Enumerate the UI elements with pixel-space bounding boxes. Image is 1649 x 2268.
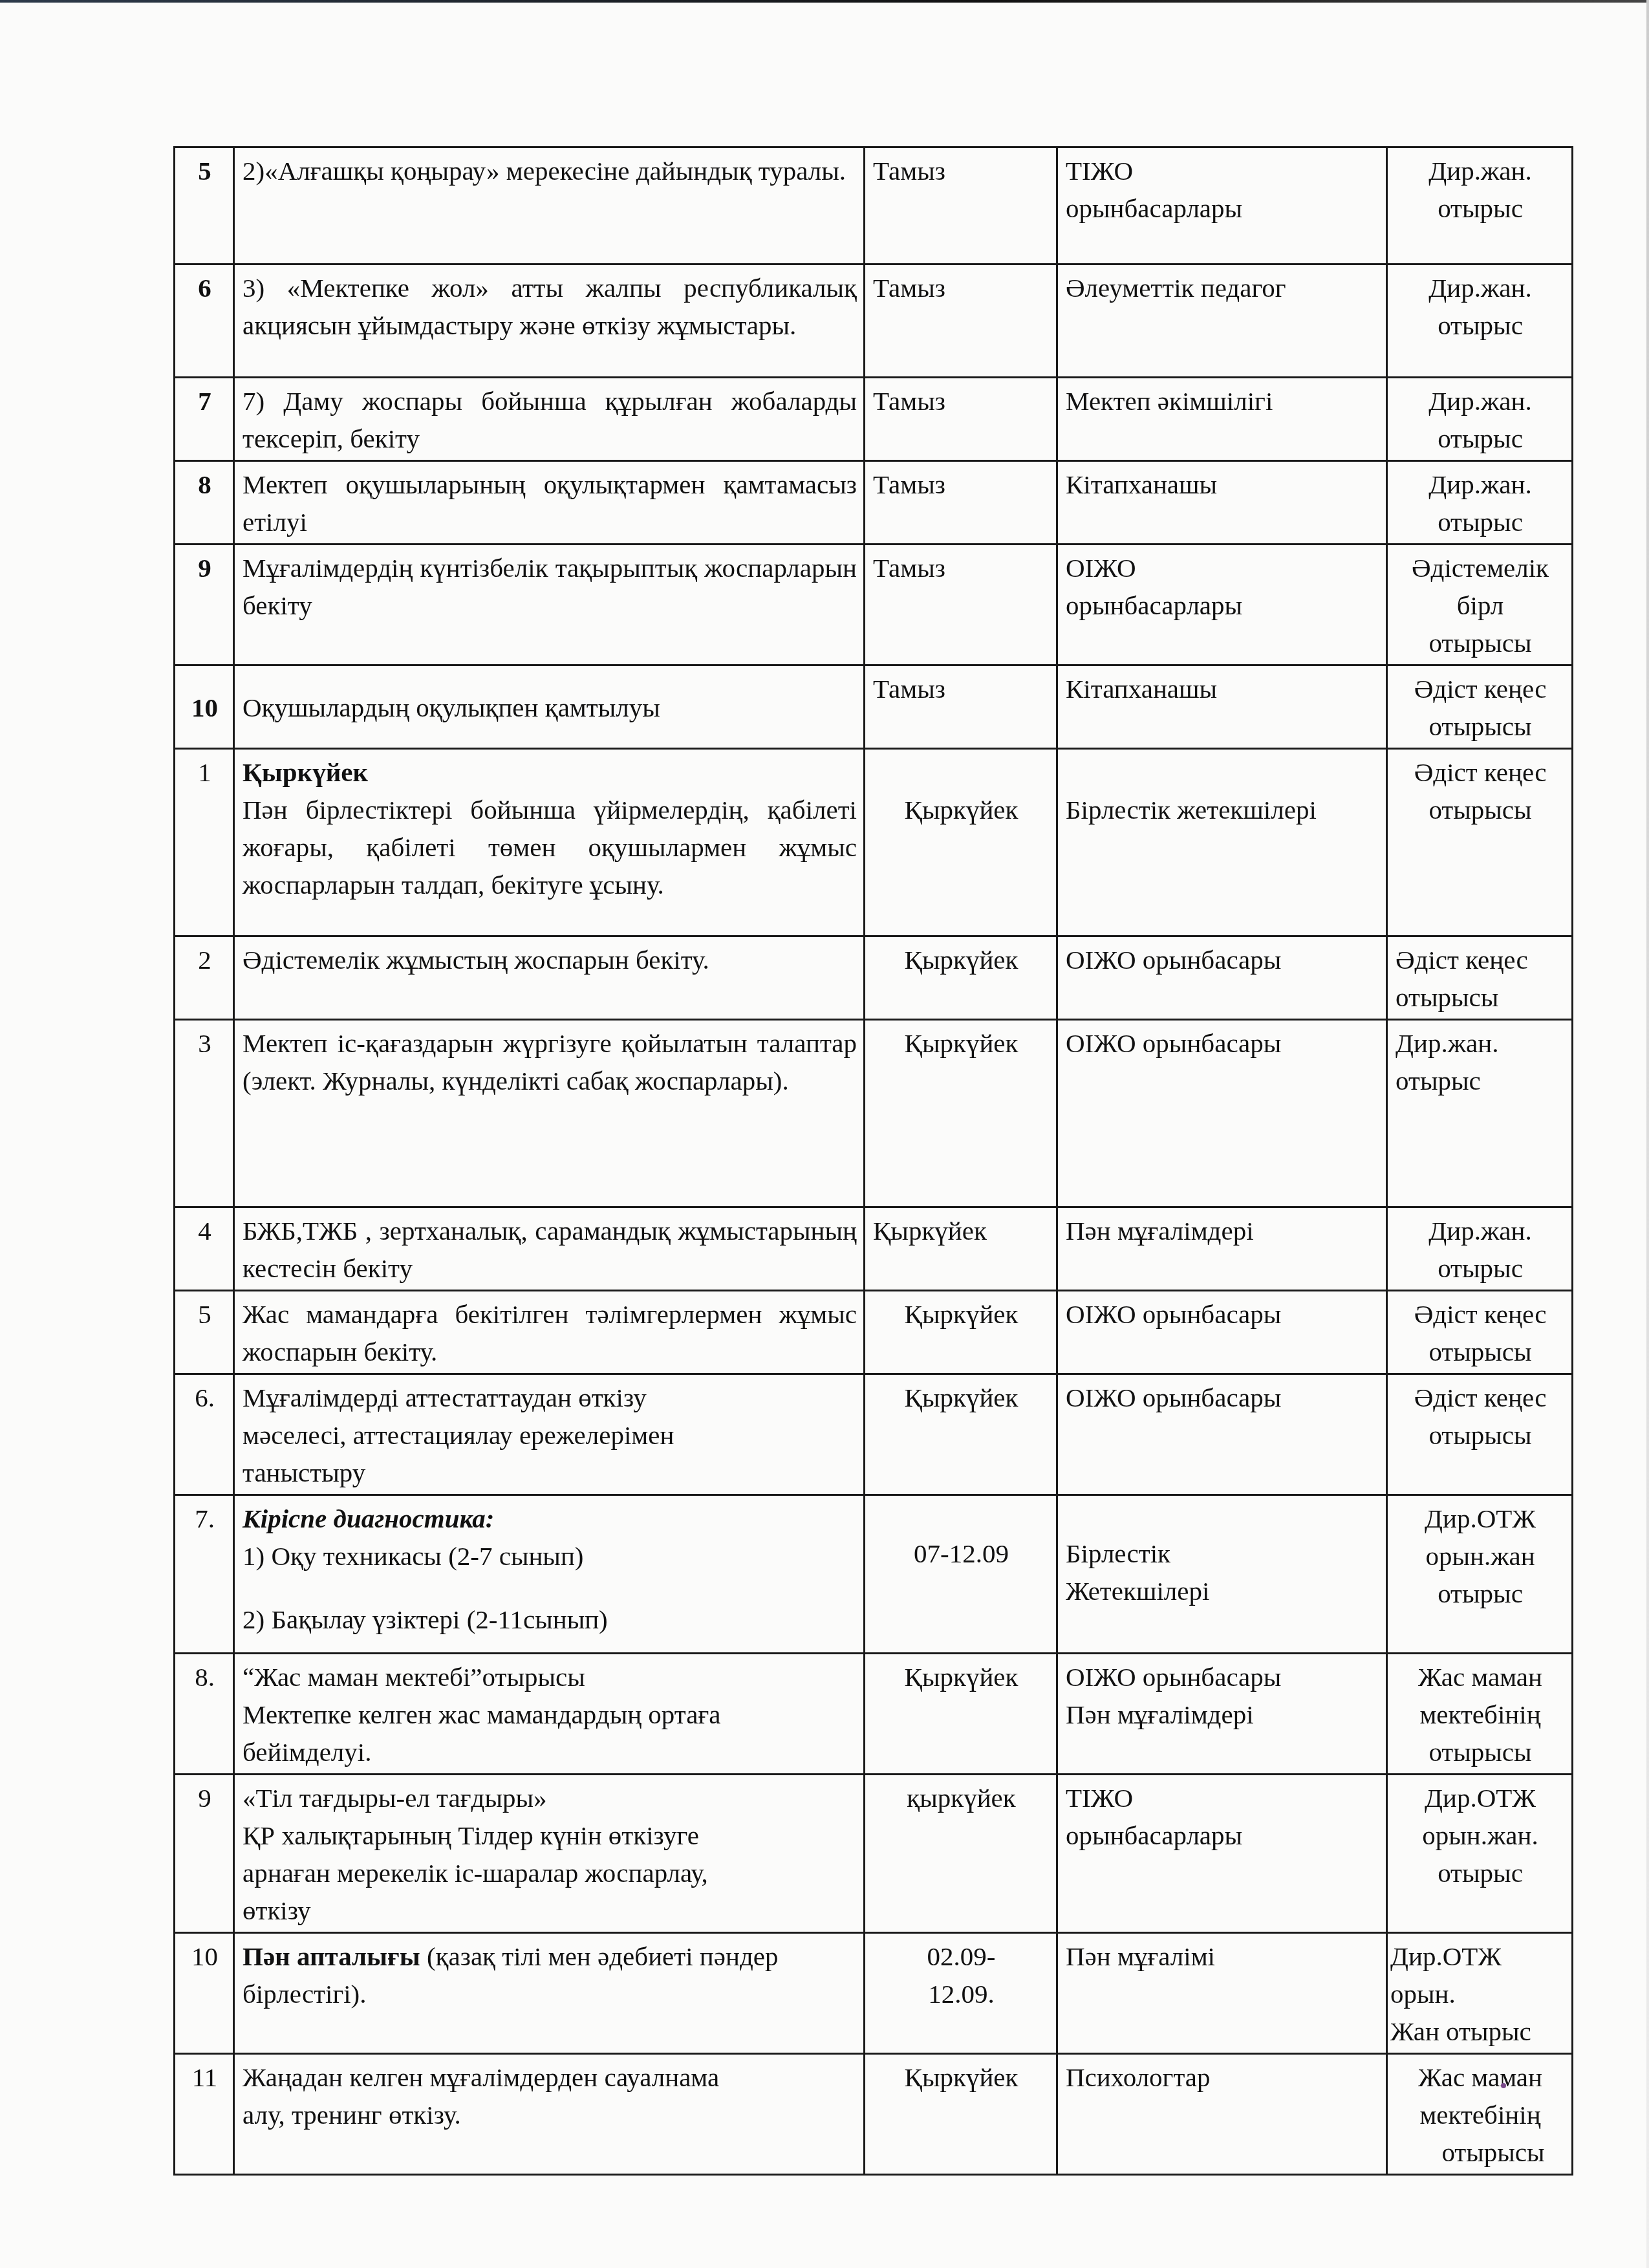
- event-cell: Кіріспе диагностика:1) Оқу техникасы (2-…: [234, 1495, 865, 1654]
- responsible-cell: БірлестікЖетекшілері: [1057, 1495, 1387, 1654]
- responsible-cell: Мектеп әкімшілігі: [1057, 378, 1387, 461]
- event-cell: ҚыркүйекПән бірлестіктері бойынша үйірме…: [234, 749, 865, 936]
- responsible-cell: Әлеуметтік педагог: [1057, 265, 1387, 378]
- form-cell: Жас маманмектебініңотырысы: [1387, 1654, 1573, 1775]
- form-cell: Дир.ОТЖорын.жанотырыс: [1387, 1495, 1573, 1654]
- term-cell: Қыркүйек: [865, 1020, 1057, 1207]
- responsible-cell: ОІЖО орынбасары: [1057, 936, 1387, 1020]
- term-cell: Қыркүйек: [865, 1291, 1057, 1374]
- form-cell: Дир.жан.отырыс: [1387, 147, 1573, 265]
- row-number: 7: [175, 378, 234, 461]
- event-cell: Жаңадан келген мұғалімдерден сауалнамаал…: [234, 2054, 865, 2175]
- table-row: 6. Мұғалімдерді аттестаттаудан өткізумәс…: [175, 1374, 1573, 1495]
- row-number: 8.: [175, 1654, 234, 1775]
- section-heading: Қыркүйек: [242, 753, 857, 791]
- table-row: 6 3) «Мектепке жол» атты жалпы республик…: [175, 265, 1573, 378]
- event-cell: БЖБ,ТЖБ , зертханалық, сарамандық жұмыст…: [234, 1207, 865, 1291]
- event-cell: 3) «Мектепке жол» атты жалпы республикал…: [234, 265, 865, 378]
- table-row: 7. Кіріспе диагностика:1) Оқу техникасы …: [175, 1495, 1573, 1654]
- term-cell: 07-12.09: [865, 1495, 1057, 1654]
- event-cell: Пән апталығы (қазақ тілі мен әдебиеті пә…: [234, 1933, 865, 2054]
- form-cell: Әдіст кеңесотырысы: [1387, 665, 1573, 749]
- table-row: 3 Мектеп іс-қағаздарын жүргізуге қойылат…: [175, 1020, 1573, 1207]
- row-number: 6.: [175, 1374, 234, 1495]
- term-cell: Қыркүйек: [865, 2054, 1057, 2175]
- table-row: 11 Жаңадан келген мұғалімдерден сауалнам…: [175, 2054, 1573, 2175]
- form-cell: Әдістемелікбірлотырысы: [1387, 545, 1573, 665]
- event-cell: «Тіл тағдыры-ел тағдыры»ҚР халықтарының …: [234, 1775, 865, 1933]
- section-heading: Кіріспе диагностика:: [242, 1500, 857, 1537]
- responsible-cell: ОІЖО орынбасары: [1057, 1020, 1387, 1207]
- table-row: 1 ҚыркүйекПән бірлестіктері бойынша үйір…: [175, 749, 1573, 936]
- row-number: 9: [175, 1775, 234, 1933]
- table-row: 8. “Жас маман мектебі”отырысыМектепке ке…: [175, 1654, 1573, 1775]
- row-number: 5: [175, 1291, 234, 1374]
- row-number: 9: [175, 545, 234, 665]
- term-cell: Тамыз: [865, 378, 1057, 461]
- ink-speck: [1501, 2083, 1506, 2088]
- responsible-cell: ТІЖОорынбасарлары: [1057, 1775, 1387, 1933]
- form-cell: Дир.жан.отырыс: [1387, 1207, 1573, 1291]
- responsible-cell: ОІЖО орынбасарыПән мұғалімдері: [1057, 1654, 1387, 1775]
- responsible-cell: Кітапханашы: [1057, 461, 1387, 545]
- row-number: 3: [175, 1020, 234, 1207]
- event-cell: Мұғалімдердің күнтізбелік тақырыптық жос…: [234, 545, 865, 665]
- event-cell: Мұғалімдерді аттестаттаудан өткізумәселе…: [234, 1374, 865, 1495]
- responsible-cell: ОІЖО орынбасары: [1057, 1291, 1387, 1374]
- responsible-cell: ОІЖОорынбасарлары: [1057, 545, 1387, 665]
- table-row: 10 Оқушылардың оқулықпен қамтылуы Тамыз …: [175, 665, 1573, 749]
- form-cell: Дир.ОТЖорын.Жан отырыс: [1387, 1933, 1573, 2054]
- row-number: 7.: [175, 1495, 234, 1654]
- event-cell: “Жас маман мектебі”отырысыМектепке келге…: [234, 1654, 865, 1775]
- term-cell: 02.09-12.09.: [865, 1933, 1057, 2054]
- term-cell: Тамыз: [865, 665, 1057, 749]
- form-cell: Әдіст кеңесотырысы: [1387, 1374, 1573, 1495]
- event-cell: 2)«Алғашқы қоңырау» мерекесіне дайындық …: [234, 147, 865, 265]
- responsible-cell: Пән мұғалімдері: [1057, 1207, 1387, 1291]
- scan-top-edge: [0, 0, 1649, 3]
- term-cell: Қыркүйек: [865, 1374, 1057, 1495]
- row-number: 6: [175, 265, 234, 378]
- row-number: 4: [175, 1207, 234, 1291]
- table-row: 7 7) Даму жоспары бойынша құрылған жобал…: [175, 378, 1573, 461]
- form-cell: Дир.жан.отырыс: [1387, 265, 1573, 378]
- form-cell: Әдіст кеңесотырысы: [1387, 749, 1573, 936]
- event-cell: Әдістемелік жұмыстың жоспарын бекіту.: [234, 936, 865, 1020]
- form-cell: Дир.жан.отырыс: [1387, 378, 1573, 461]
- form-cell: Дир.ОТЖорын.жан.отырыс: [1387, 1775, 1573, 1933]
- event-cell: Мектеп оқушыларының оқулықтармен қамтама…: [234, 461, 865, 545]
- term-cell: Қыркүйек: [865, 1654, 1057, 1775]
- row-number: 10: [175, 1933, 234, 2054]
- table-row: 5 2)«Алғашқы қоңырау» мерекесіне дайынды…: [175, 147, 1573, 265]
- table-row: 9 «Тіл тағдыры-ел тағдыры»ҚР халықтарыны…: [175, 1775, 1573, 1933]
- plan-table: 5 2)«Алғашқы қоңырау» мерекесіне дайынды…: [173, 146, 1573, 2176]
- event-cell: Мектеп іс-қағаздарын жүргізуге қойылатын…: [234, 1020, 865, 1207]
- term-cell: Тамыз: [865, 461, 1057, 545]
- form-cell: Әдіст кеңесотырысы: [1387, 1291, 1573, 1374]
- term-cell: Қыркүйек: [865, 749, 1057, 936]
- row-number: 5: [175, 147, 234, 265]
- responsible-cell: Кітапханашы: [1057, 665, 1387, 749]
- form-cell: Әдіст кеңесотырысы: [1387, 936, 1573, 1020]
- form-cell: Дир.жан.отырыс: [1387, 461, 1573, 545]
- row-number: 11: [175, 2054, 234, 2175]
- responsible-cell: ОІЖО орынбасары: [1057, 1374, 1387, 1495]
- row-number: 1: [175, 749, 234, 936]
- row-number: 2: [175, 936, 234, 1020]
- term-cell: Тамыз: [865, 147, 1057, 265]
- event-cell: Оқушылардың оқулықпен қамтылуы: [234, 665, 865, 749]
- term-cell: қыркүйек: [865, 1775, 1057, 1933]
- event-cell: Жас мамандарға бекітілген тәлімгерлермен…: [234, 1291, 865, 1374]
- row-number: 8: [175, 461, 234, 545]
- term-cell: Қыркүйек: [865, 1207, 1057, 1291]
- scan-right-edge: [1646, 0, 1649, 2268]
- row-number: 10: [175, 665, 234, 749]
- table-row: 9 Мұғалімдердің күнтізбелік тақырыптық ж…: [175, 545, 1573, 665]
- table-row: 5 Жас мамандарға бекітілген тәлімгерлерм…: [175, 1291, 1573, 1374]
- responsible-cell: ТІЖОорынбасарлары: [1057, 147, 1387, 265]
- event-cell: 7) Даму жоспары бойынша құрылған жобалар…: [234, 378, 865, 461]
- responsible-cell: Психологтар: [1057, 2054, 1387, 2175]
- responsible-cell: Пән мұғалімі: [1057, 1933, 1387, 2054]
- table-row: 8 Мектеп оқушыларының оқулықтармен қамта…: [175, 461, 1573, 545]
- responsible-cell: Бірлестік жетекшілері: [1057, 749, 1387, 936]
- term-cell: Тамыз: [865, 545, 1057, 665]
- form-cell: Жас маманмектебініңотырысы: [1387, 2054, 1573, 2175]
- table-row: 4 БЖБ,ТЖБ , зертханалық, сарамандық жұмы…: [175, 1207, 1573, 1291]
- term-cell: Тамыз: [865, 265, 1057, 378]
- table-row: 2 Әдістемелік жұмыстың жоспарын бекіту. …: [175, 936, 1573, 1020]
- form-cell: Дир.жан.отырыс: [1387, 1020, 1573, 1207]
- term-cell: Қыркүйек: [865, 936, 1057, 1020]
- table-row: 10 Пән апталығы (қазақ тілі мен әдебиеті…: [175, 1933, 1573, 2054]
